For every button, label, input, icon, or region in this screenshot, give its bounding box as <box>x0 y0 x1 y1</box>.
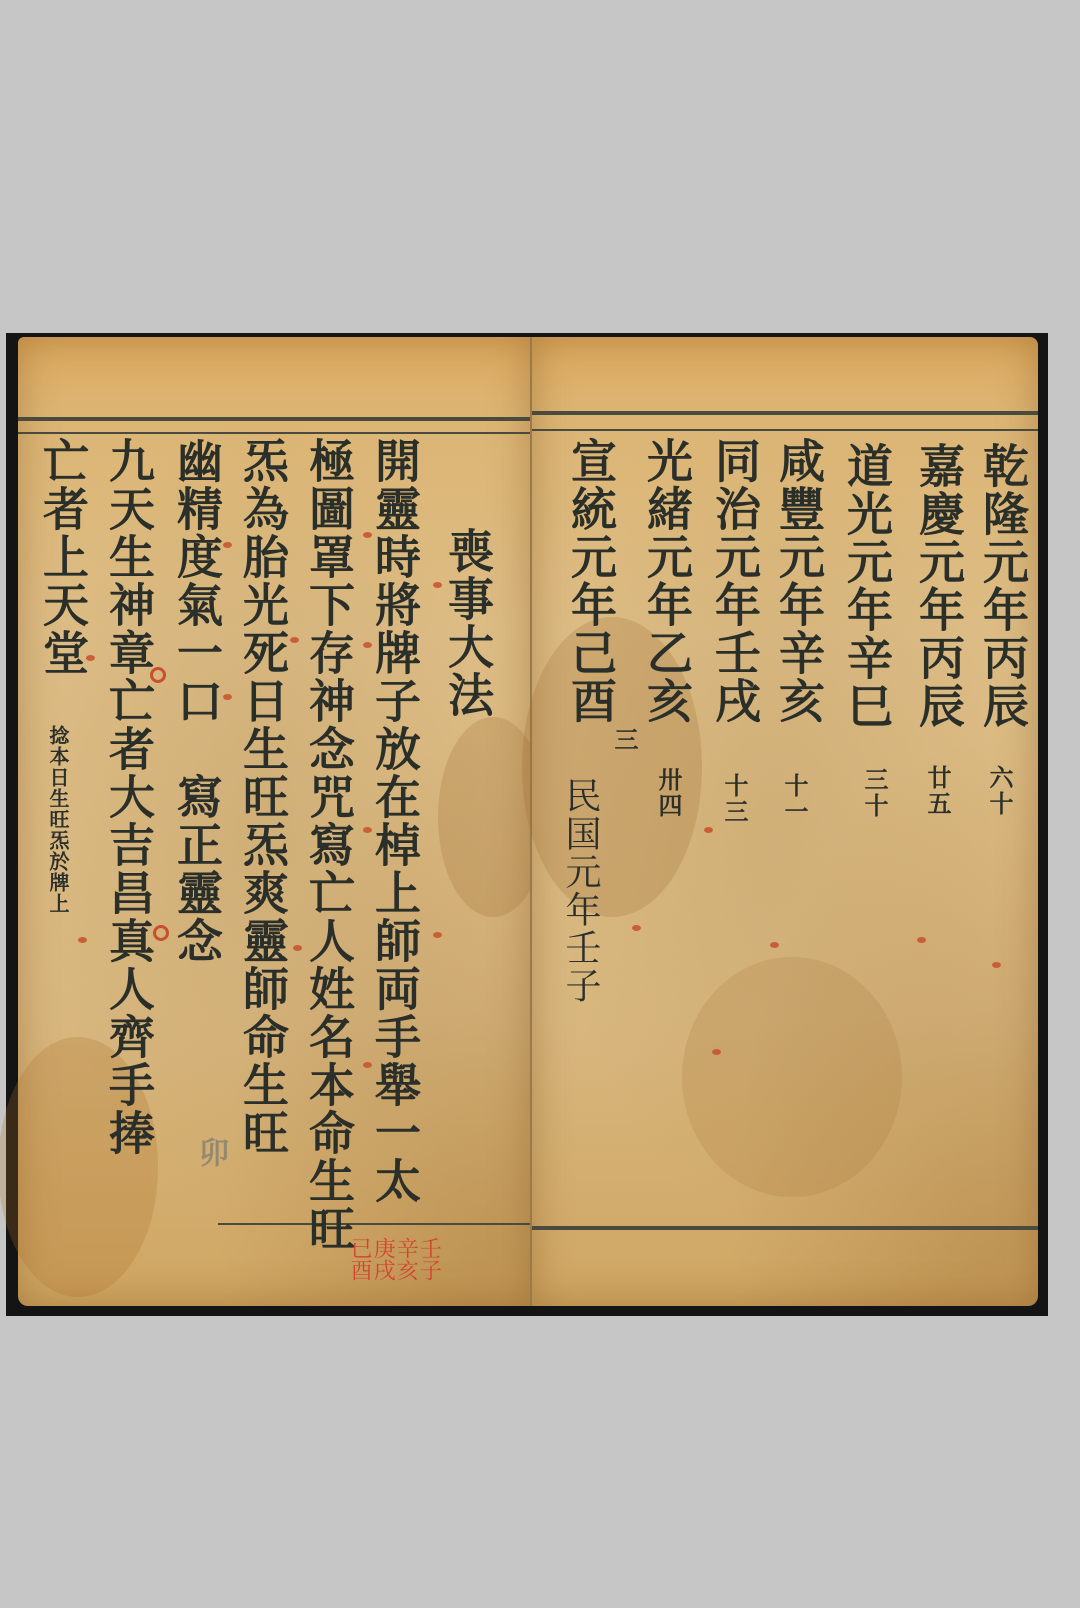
red-punctuation-mark <box>223 542 232 548</box>
era-column-xuantong: 宣統元年己酉 <box>568 437 614 725</box>
era-years-jiaqing: 廿五 <box>925 765 949 817</box>
red-circle-mark <box>153 925 169 941</box>
red-punctuation-mark <box>433 932 442 938</box>
red-circle-mark <box>150 667 166 683</box>
red-punctuation-mark <box>363 642 372 648</box>
top-inner-rule <box>532 429 1038 431</box>
red-punctuation-mark <box>433 582 442 588</box>
text-column-2: 極圖罩下存神念咒寫亡人姓名本命生旺 <box>306 437 352 1253</box>
bottom-border-rule <box>532 1226 1038 1230</box>
red-speck <box>704 827 713 833</box>
era-years-xianfeng: 十一 <box>782 773 806 825</box>
era-years-daoguang: 三十 <box>862 767 886 819</box>
right-page: 乾隆元年丙辰 六十 嘉慶元年丙辰 廿五 道光元年辛巳 三十 咸豐元年辛亥 十一 … <box>532 337 1038 1306</box>
red-speck <box>917 937 926 943</box>
era-years-qianlong: 六十 <box>987 765 1011 817</box>
red-punctuation-mark <box>86 655 95 661</box>
text-column-5: 九天生神章亡者大吉昌真人齊手捧 <box>106 437 152 1157</box>
top-border-rule <box>532 411 1038 415</box>
red-punctuation-mark <box>290 637 299 643</box>
era-years-xuantong: 三 <box>612 727 636 753</box>
section-title: 喪事大法 <box>445 527 491 719</box>
text-column-3: 炁為胎光死日生旺炁爽靈師命生旺 <box>240 437 286 1157</box>
bottom-border-rule <box>218 1223 530 1225</box>
era-column-tongzhi: 同治元年壬戌 <box>712 437 758 725</box>
era-column-xianfeng: 咸豐元年辛亥 <box>776 437 822 725</box>
era-column-qianlong: 乾隆元年丙辰 <box>980 442 1026 730</box>
top-inner-rule <box>18 432 530 434</box>
red-punctuation-mark <box>363 827 372 833</box>
water-stain <box>682 957 902 1197</box>
text-column-4: 幽精度氣一口 寫正靈念 <box>174 437 220 965</box>
red-stamp: 壬子 辛亥 庚戌 已酉 <box>348 1237 440 1306</box>
red-punctuation-mark <box>363 1062 372 1068</box>
red-punctuation-mark <box>293 945 302 951</box>
era-column-guangxu: 光緒元年乙亥 <box>644 437 690 725</box>
era-column-minguo: 民国元年壬子 <box>562 777 598 1005</box>
red-punctuation-mark <box>78 937 87 943</box>
text-column-1: 開靈時將牌子放在棹上師両手舉一太 <box>372 437 418 1205</box>
era-years-guangxu: 卅四 <box>656 767 680 819</box>
faded-text: 卯 <box>188 1137 232 1167</box>
era-years-tongzhi: 十三 <box>722 773 746 825</box>
red-speck <box>770 942 779 948</box>
red-punctuation-mark <box>363 532 372 538</box>
red-speck <box>632 925 641 931</box>
era-column-daoguang: 道光元年辛巳 <box>844 442 890 730</box>
manuscript-scan: 喪事大法 開靈時將牌子放在棹上師両手舉一太 極圖罩下存神念咒寫亡人姓名本命生旺 … <box>6 333 1048 1316</box>
top-border-rule <box>18 417 530 421</box>
text-column-6: 亡者上天堂 <box>40 437 86 677</box>
annotation-note: 捻本日生旺炁於牌上 <box>48 725 68 914</box>
left-page: 喪事大法 開靈時將牌子放在棹上師両手舉一太 極圖罩下存神念咒寫亡人姓名本命生旺 … <box>18 337 530 1306</box>
era-column-jiaqing: 嘉慶元年丙辰 <box>916 442 962 730</box>
red-speck <box>992 962 1001 968</box>
red-speck <box>712 1049 721 1055</box>
red-punctuation-mark <box>223 694 232 700</box>
